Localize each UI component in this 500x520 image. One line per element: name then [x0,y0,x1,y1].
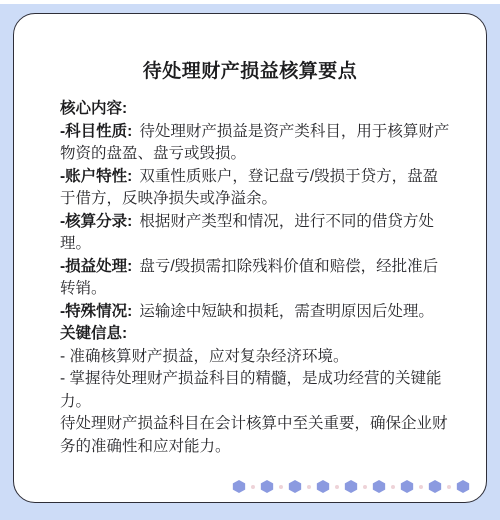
item-label: -特殊情况: [60,303,132,320]
hexagon-dot-icon [400,480,414,493]
list-item: - 准确核算财产损益，应对复杂经济环境。 [60,346,450,369]
mini-dot-icon [279,485,283,489]
section-heading-key: 关键信息: [60,323,450,346]
hexagon-dot-icon [232,480,246,493]
list-item: - 掌握待处理财产损益科目的精髓，是成功经营的关键能力。 [60,368,450,413]
hexagon-dot-icon [288,480,302,493]
item-label: -核算分录: [60,213,132,230]
item-label: -科目性质: [60,123,132,140]
hexagon-dot-icon [344,480,358,493]
mini-dot-icon [307,485,311,489]
mini-dot-icon [251,485,255,489]
page-title: 待处理财产损益核算要点 [34,58,466,85]
item-label: -账户特性: [60,168,132,185]
mini-dot-icon [419,485,423,489]
list-item: -科目性质:待处理财产损益是资产类科目，用于核算财产物资的盘盈、盘亏或毁损。 [60,121,450,166]
mini-dot-icon [335,485,339,489]
mini-dot-icon [391,485,395,489]
summary-paragraph: 待处理财产损益科目在会计核算中至关重要，确保企业财务的准确性和应对能力。 [60,413,450,458]
list-item: -核算分录:根据财产类型和情况，进行不同的借贷方处理。 [60,211,450,256]
section-heading-core: 核心内容: [60,98,450,121]
top-strip [0,0,500,4]
card-body: 核心内容: -科目性质:待处理财产损益是资产类科目，用于核算财产物资的盘盈、盘亏… [14,98,486,458]
item-text: 运输途中短缺和损耗，需查明原因后处理。 [139,303,434,320]
item-label: -损益处理: [60,258,132,275]
hexagon-dot-icon [372,480,386,493]
hexagon-dot-icon [316,480,330,493]
list-item: -损益处理:盘亏/毁损需扣除残料价值和赔偿，经批准后转销。 [60,256,450,301]
content-card: 待处理财产损益核算要点 核心内容: -科目性质:待处理财产损益是资产类科目，用于… [13,13,487,503]
hexagon-dot-icon [456,480,470,493]
mini-dot-icon [363,485,367,489]
hexagon-dots-row [232,480,470,493]
hexagon-dot-icon [260,480,274,493]
page-background: 待处理财产损益核算要点 核心内容: -科目性质:待处理财产损益是资产类科目，用于… [0,0,500,520]
list-item: -账户特性:双重性质账户，登记盘亏/毁损于贷方，盘盈于借方，反映净损失或净溢余。 [60,166,450,211]
list-item: -特殊情况:运输途中短缺和损耗，需查明原因后处理。 [60,301,450,324]
mini-dot-icon [447,485,451,489]
hexagon-dot-icon [428,480,442,493]
